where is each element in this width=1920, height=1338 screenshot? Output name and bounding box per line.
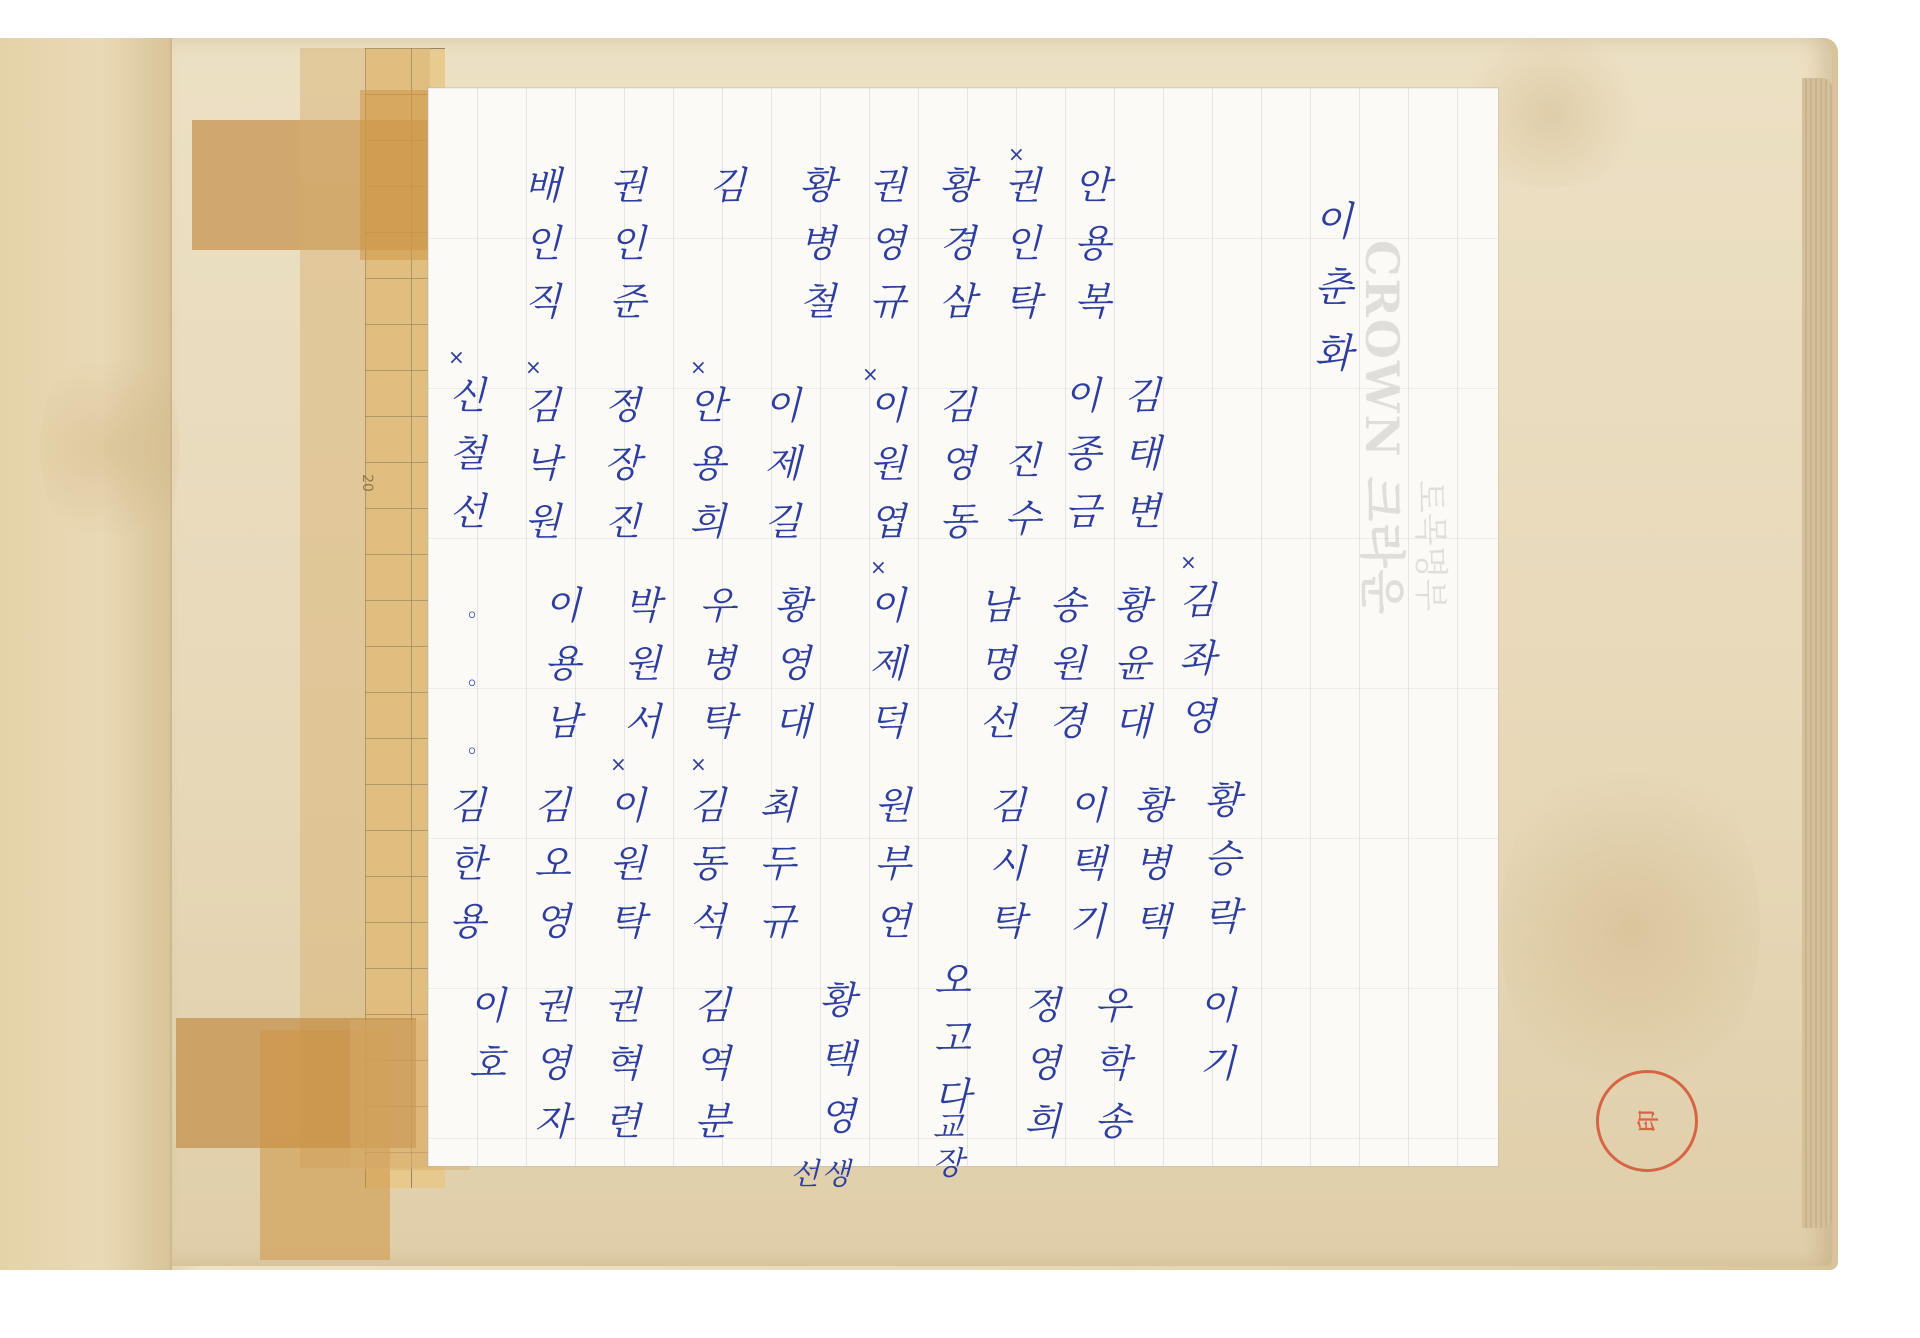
ditto-mark: 。	[468, 592, 490, 623]
name-entry: 이원엽	[865, 385, 903, 559]
name-entry: 진수	[1000, 440, 1038, 556]
name-entry: 최두규	[755, 785, 793, 959]
x-mark: ×	[690, 355, 707, 379]
name-entry: 김태변	[1120, 375, 1158, 549]
name-entry: 권영규	[865, 165, 903, 339]
name-entry: 권혁련	[600, 985, 638, 1159]
name-entry: 황경삼	[935, 165, 973, 339]
name-entry: 이제길	[760, 385, 798, 559]
name-entry: 황영대	[770, 585, 808, 759]
name-entry: 김역분	[690, 985, 728, 1159]
name-entry: 황병철	[795, 165, 833, 339]
name-entry: 권인준	[605, 165, 643, 339]
name-entry: 김동석	[685, 785, 723, 959]
title-suffix: 선생	[790, 1160, 852, 1190]
name-entry: 김시탁	[985, 785, 1023, 959]
water-stain	[40, 338, 180, 558]
x-mark: ×	[525, 355, 542, 379]
name-entry: 이용남	[540, 585, 578, 759]
heading-name: 이춘화	[1310, 200, 1350, 398]
name-entry: 정영희	[1020, 985, 1058, 1159]
name-entry: 박원서	[620, 585, 658, 759]
name-entry: 안용복	[1070, 165, 1108, 339]
tape-top	[360, 90, 430, 260]
name-entry: 오고다	[930, 960, 968, 1134]
name-entry: 이종금	[1060, 375, 1098, 549]
name-entry: 남명선	[975, 585, 1013, 759]
name-entry: 김영동	[935, 385, 973, 559]
name-entry: 원부연	[870, 785, 908, 959]
name-entry: 황승락	[1200, 780, 1238, 954]
name-entry: 김낙원	[520, 385, 558, 559]
name-entry: 황병택	[1130, 785, 1168, 959]
title-suffix: 교장	[930, 1110, 962, 1182]
red-seal-stamp: 印	[1596, 1070, 1698, 1172]
name-entry: 우학송	[1090, 985, 1128, 1159]
name-entry: 이기	[1195, 985, 1233, 1101]
x-mark: ×	[862, 362, 879, 386]
water-stain	[1500, 738, 1760, 1118]
name-entry: 황택영	[815, 980, 853, 1154]
show-through-print-2: 토목명부	[1409, 480, 1458, 611]
name-entry: 배인직	[520, 165, 558, 339]
seal-glyph: 印	[1632, 1110, 1663, 1132]
name-entry: 황윤대	[1110, 585, 1148, 759]
x-mark: ×	[448, 345, 465, 369]
x-mark: ×	[690, 752, 707, 776]
name-entry: 김	[705, 165, 743, 223]
ditto-mark: 。	[468, 728, 490, 759]
name-entry: 우병탁	[695, 585, 733, 759]
page-edge	[1802, 78, 1832, 1228]
name-entry: 송원경	[1045, 585, 1083, 759]
x-mark: ×	[1008, 142, 1025, 166]
name-entry: 안용희	[685, 385, 723, 559]
name-entry: 이택기	[1065, 785, 1103, 959]
name-entry: 김한용	[445, 785, 483, 959]
x-mark: ×	[870, 555, 887, 579]
name-entry: 김좌영	[1175, 580, 1213, 754]
x-mark: ×	[1180, 550, 1197, 574]
name-entry: 김오영	[530, 785, 568, 959]
name-entry: 이호	[465, 985, 503, 1101]
name-entry: 신철선	[445, 375, 483, 549]
name-entry: 이원탁	[605, 785, 643, 959]
ditto-mark: 。	[468, 660, 490, 691]
name-entry: 정장진	[600, 385, 638, 559]
x-mark: ×	[610, 752, 627, 776]
name-entry: 권영자	[530, 985, 568, 1159]
left-page	[0, 38, 172, 1270]
name-entry: 권인탁	[1000, 165, 1038, 339]
name-entry: 이제덕	[865, 585, 903, 759]
